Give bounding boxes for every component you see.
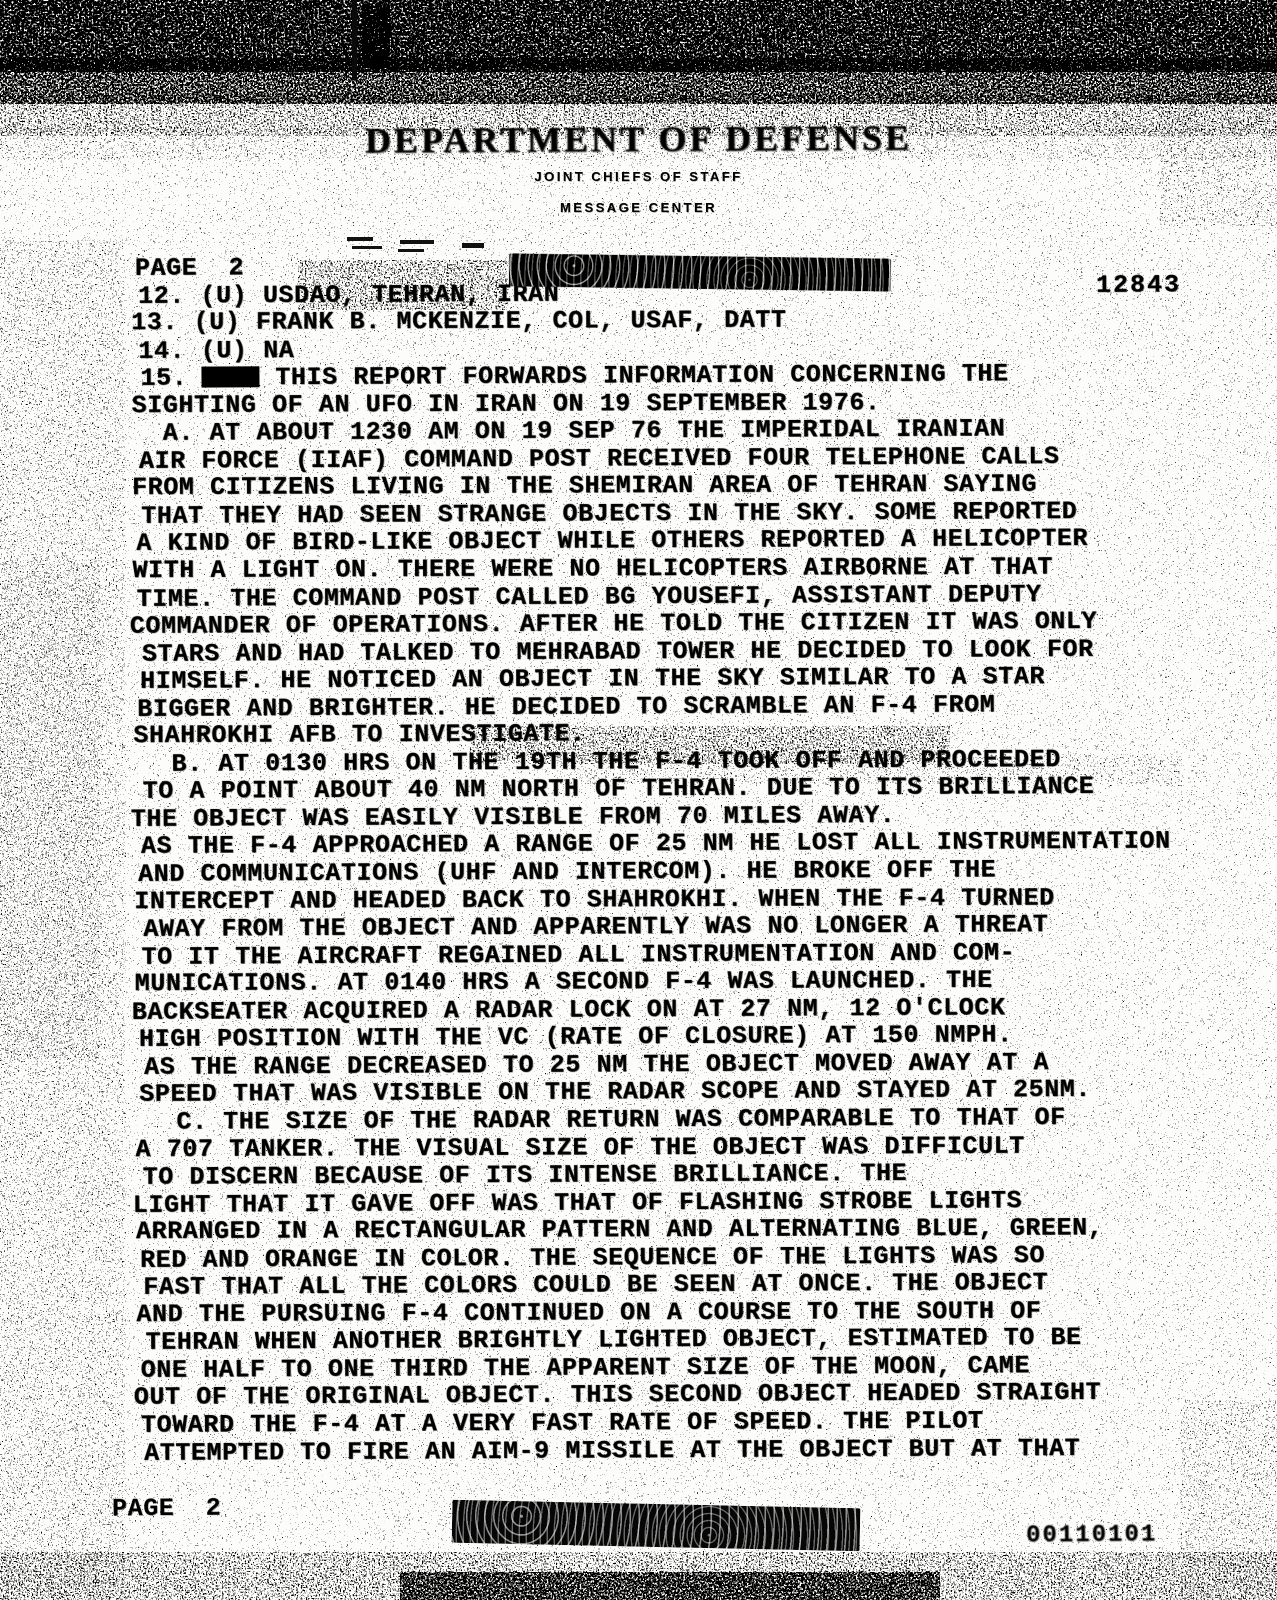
line-text: PAGE 2 — [135, 253, 244, 283]
line-text: SHAHROKHI AFB TO INVESTIGATE. — [133, 720, 586, 751]
redaction-bar-bottom — [452, 1500, 861, 1552]
letterhead: DEPARTMENT OF DEFENSE JOINT CHIEFS OF ST… — [0, 118, 1277, 215]
line-text: 13. (U) FRANK B. MCKENZIE, COL, USAF, DA… — [131, 306, 786, 338]
dash-artifact — [398, 249, 424, 252]
line-text: THIS REPORT FORWARDS INFORMATION CONCERN… — [275, 360, 1008, 393]
dash-artifact — [352, 246, 382, 249]
document-line: ATTEMPTED TO FIRE AN AIM-9 MISSILE AT TH… — [144, 1434, 1259, 1467]
line-number: 15. — [140, 364, 187, 393]
agency-title: DEPARTMENT OF DEFENSE — [0, 115, 1277, 164]
office-subtitle: JOINT CHIEFS OF STAFF — [0, 169, 1277, 184]
dash-artifact — [400, 240, 434, 244]
document-line: AND COMMUNICATIONS (UHF AND INTERCOM). H… — [138, 855, 1253, 888]
vertical-scan-line — [352, 0, 357, 80]
scanned-document-page: DEPARTMENT OF DEFENSE JOINT CHIEFS OF ST… — [0, 0, 1277, 1600]
redaction-box-inline — [201, 366, 259, 387]
line-text: ATTEMPTED TO FIRE AN AIM-9 MISSILE AT TH… — [144, 1434, 1080, 1468]
document-line: C. THE SIZE OF THE RADAR RETURN WAS COMP… — [176, 1103, 1257, 1136]
line-text: 14. (U) NA — [138, 336, 294, 366]
dash-artifact — [462, 243, 484, 248]
footer-serial-number: 00110101 — [1026, 1521, 1157, 1549]
message-center-subtitle: MESSAGE CENTER — [0, 200, 1277, 215]
dash-artifact — [347, 237, 373, 241]
redaction-bar-top — [509, 253, 891, 291]
serial-number: 12843 — [1096, 271, 1181, 299]
footer-page-label: PAGE 2 — [112, 1494, 221, 1524]
message-body: PAGE 212. (U) USDAO, TEHRAN, IRAN1284313… — [135, 249, 1256, 1467]
